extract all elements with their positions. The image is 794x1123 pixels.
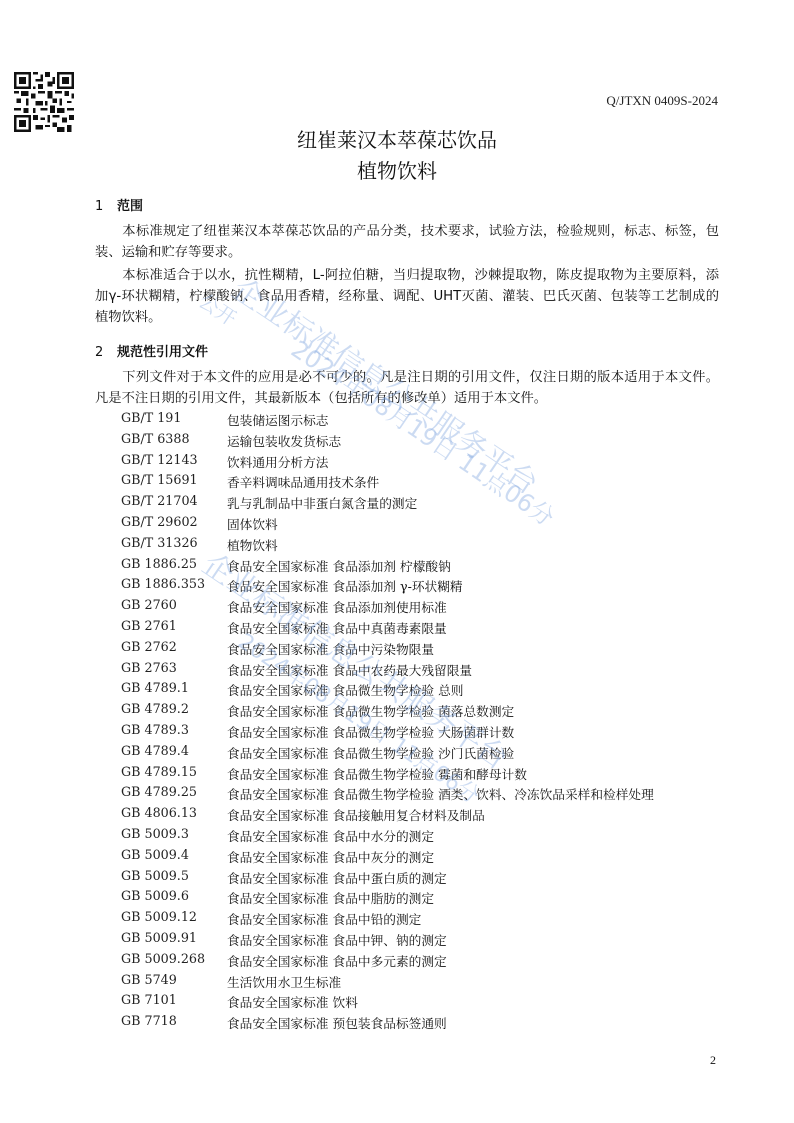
section-number: 2 [95, 345, 117, 360]
reference-title: 包装储运图示标志 [227, 410, 329, 431]
reference-item: GB 5009.3食品安全国家标准 食品中水分的测定 [121, 826, 654, 847]
standard-number: Q/JTXN 0409S-2024 [606, 93, 718, 109]
scope-paragraph-1: 本标准规定了纽崔莱汉本萃葆芯饮品的产品分类，技术要求，试验方法，检验规则，标志、… [95, 221, 719, 263]
reference-code: GB/T 29602 [121, 514, 227, 535]
section-heading-normative-references: 2规范性引用文件 [95, 341, 208, 360]
reference-item: GB 4789.2食品安全国家标准 食品微生物学检验 菌落总数测定 [121, 701, 654, 722]
reference-title: 运输包装收发货标志 [227, 431, 341, 452]
reference-title: 食品安全国家标准 食品接触用复合材料及制品 [227, 805, 485, 826]
reference-title: 食品安全国家标准 食品中蛋白质的测定 [227, 868, 447, 889]
reference-code: GB 5009.91 [121, 930, 227, 951]
reference-item: GB/T 29602固体饮料 [121, 514, 654, 535]
reference-code: GB 7101 [121, 992, 227, 1013]
reference-code: GB 4806.13 [121, 805, 227, 826]
reference-code: GB/T 15691 [121, 472, 227, 493]
reference-title: 食品安全国家标准 食品微生物学检验 大肠菌群计数 [227, 722, 514, 743]
reference-title: 食品安全国家标准 食品微生物学检验 霉菌和酵母计数 [227, 764, 527, 785]
reference-item: GB 4789.25食品安全国家标准 食品微生物学检验 酒类、饮料、冷冻饮品采样… [121, 784, 654, 805]
reference-list: GB/T 191包装储运图示标志 GB/T 6388运输包装收发货标志 GB/T… [121, 410, 654, 1034]
reference-code: GB 5009.3 [121, 826, 227, 847]
reference-title: 香辛料调味品通用技术条件 [227, 472, 379, 493]
reference-code: GB 4789.25 [121, 784, 227, 805]
reference-code: GB 5009.4 [121, 847, 227, 868]
reference-item: GB 5009.91食品安全国家标准 食品中钾、钠的测定 [121, 930, 654, 951]
reference-code: GB 5009.268 [121, 951, 227, 972]
reference-title: 食品安全国家标准 食品中铅的测定 [227, 909, 421, 930]
reference-title: 食品安全国家标准 食品中污染物限量 [227, 639, 434, 660]
reference-item: GB/T 6388运输包装收发货标志 [121, 431, 654, 452]
page-number: 2 [710, 1053, 716, 1068]
reference-code: GB 2762 [121, 639, 227, 660]
reference-title: 食品安全国家标准 饮料 [227, 992, 358, 1013]
reference-title: 固体饮料 [227, 514, 278, 535]
reference-title: 食品安全国家标准 食品添加剂 柠檬酸钠 [227, 556, 451, 577]
reference-code: GB/T 12143 [121, 452, 227, 473]
reference-item: GB/T 31326植物饮料 [121, 535, 654, 556]
reference-title: 生活饮用水卫生标准 [227, 972, 341, 993]
section-title: 范围 [117, 199, 143, 214]
reference-item: GB 7101食品安全国家标准 饮料 [121, 992, 654, 1013]
reference-item: GB 2762食品安全国家标准 食品中污染物限量 [121, 639, 654, 660]
reference-item: GB 7718食品安全国家标准 预包装食品标签通则 [121, 1013, 654, 1034]
reference-code: GB 4789.1 [121, 680, 227, 701]
reference-title: 食品安全国家标准 食品中钾、钠的测定 [227, 930, 447, 951]
reference-title: 食品安全国家标准 食品添加剂 γ-环状糊精 [227, 576, 463, 597]
reference-title: 食品安全国家标准 食品中农药最大残留限量 [227, 660, 472, 681]
reference-item: GB 2760食品安全国家标准 食品添加剂使用标准 [121, 597, 654, 618]
reference-code: GB 1886.353 [121, 576, 227, 597]
reference-code: GB 4789.15 [121, 764, 227, 785]
reference-title: 植物饮料 [227, 535, 278, 556]
reference-code: GB/T 31326 [121, 535, 227, 556]
reference-code: GB 5009.12 [121, 909, 227, 930]
qr-code-icon [13, 72, 75, 132]
document-title: 纽崔莱汉本萃葆芯饮品 [0, 124, 794, 153]
reference-title: 饮料通用分析方法 [227, 452, 329, 473]
reference-code: GB 5009.6 [121, 888, 227, 909]
reference-title: 食品安全国家标准 食品中脂肪的测定 [227, 888, 434, 909]
reference-item: GB 4789.15食品安全国家标准 食品微生物学检验 霉菌和酵母计数 [121, 764, 654, 785]
section-heading-scope: 1范围 [95, 195, 143, 214]
reference-code: GB 2760 [121, 597, 227, 618]
reference-title: 乳与乳制品中非蛋白氮含量的测定 [227, 493, 417, 514]
reference-code: GB 5009.5 [121, 868, 227, 889]
reference-item: GB 5009.4食品安全国家标准 食品中灰分的测定 [121, 847, 654, 868]
reference-item: GB 5009.268食品安全国家标准 食品中多元素的测定 [121, 951, 654, 972]
reference-title: 食品安全国家标准 食品微生物学检验 菌落总数测定 [227, 701, 514, 722]
reference-code: GB/T 21704 [121, 493, 227, 514]
document-subtitle: 植物饮料 [0, 155, 794, 184]
section-title: 规范性引用文件 [117, 345, 208, 360]
reference-item: GB 1886.353食品安全国家标准 食品添加剂 γ-环状糊精 [121, 576, 654, 597]
reference-code: GB 1886.25 [121, 556, 227, 577]
section-number: 1 [95, 199, 117, 214]
reference-item: GB 2763食品安全国家标准 食品中农药最大残留限量 [121, 660, 654, 681]
reference-title: 食品安全国家标准 食品中真菌毒素限量 [227, 618, 447, 639]
reference-item: GB/T 12143饮料通用分析方法 [121, 452, 654, 473]
reference-item: GB/T 191包装储运图示标志 [121, 410, 654, 431]
reference-title: 食品安全国家标准 食品中水分的测定 [227, 826, 434, 847]
reference-item: GB 4789.3食品安全国家标准 食品微生物学检验 大肠菌群计数 [121, 722, 654, 743]
reference-item: GB/T 21704乳与乳制品中非蛋白氮含量的测定 [121, 493, 654, 514]
reference-item: GB 4789.1食品安全国家标准 食品微生物学检验 总则 [121, 680, 654, 701]
reference-code: GB 4789.4 [121, 743, 227, 764]
scope-paragraph-2: 本标准适合于以水，抗性糊精，L-阿拉伯糖，当归提取物，沙棘提取物，陈皮提取物为主… [95, 265, 719, 328]
reference-item: GB 5749生活饮用水卫生标准 [121, 972, 654, 993]
reference-item: GB 2761食品安全国家标准 食品中真菌毒素限量 [121, 618, 654, 639]
reference-code: GB 5749 [121, 972, 227, 993]
reference-title: 食品安全国家标准 食品微生物学检验 总则 [227, 680, 463, 701]
reference-code: GB 7718 [121, 1013, 227, 1034]
reference-code: GB/T 6388 [121, 431, 227, 452]
reference-code: GB/T 191 [121, 410, 227, 431]
reference-item: GB 1886.25食品安全国家标准 食品添加剂 柠檬酸钠 [121, 556, 654, 577]
reference-item: GB/T 15691香辛料调味品通用技术条件 [121, 472, 654, 493]
reference-item: GB 5009.6食品安全国家标准 食品中脂肪的测定 [121, 888, 654, 909]
reference-title: 食品安全国家标准 食品添加剂使用标准 [227, 597, 447, 618]
reference-code: GB 4789.2 [121, 701, 227, 722]
reference-code: GB 4789.3 [121, 722, 227, 743]
reference-code: GB 2761 [121, 618, 227, 639]
reference-title: 食品安全国家标准 食品微生物学检验 酒类、饮料、冷冻饮品采样和检样处理 [227, 784, 654, 805]
reference-title: 食品安全国家标准 预包装食品标签通则 [227, 1013, 447, 1034]
reference-item: GB 4806.13食品安全国家标准 食品接触用复合材料及制品 [121, 805, 654, 826]
reference-title: 食品安全国家标准 食品中多元素的测定 [227, 951, 447, 972]
reference-title: 食品安全国家标准 食品中灰分的测定 [227, 847, 434, 868]
reference-item: GB 5009.12食品安全国家标准 食品中铅的测定 [121, 909, 654, 930]
references-intro-paragraph: 下列文件对于本文件的应用是必不可少的。凡是注日期的引用文件，仅注日期的版本适用于… [95, 367, 719, 409]
reference-code: GB 2763 [121, 660, 227, 681]
reference-item: GB 5009.5食品安全国家标准 食品中蛋白质的测定 [121, 868, 654, 889]
reference-item: GB 4789.4食品安全国家标准 食品微生物学检验 沙门氏菌检验 [121, 743, 654, 764]
reference-title: 食品安全国家标准 食品微生物学检验 沙门氏菌检验 [227, 743, 514, 764]
